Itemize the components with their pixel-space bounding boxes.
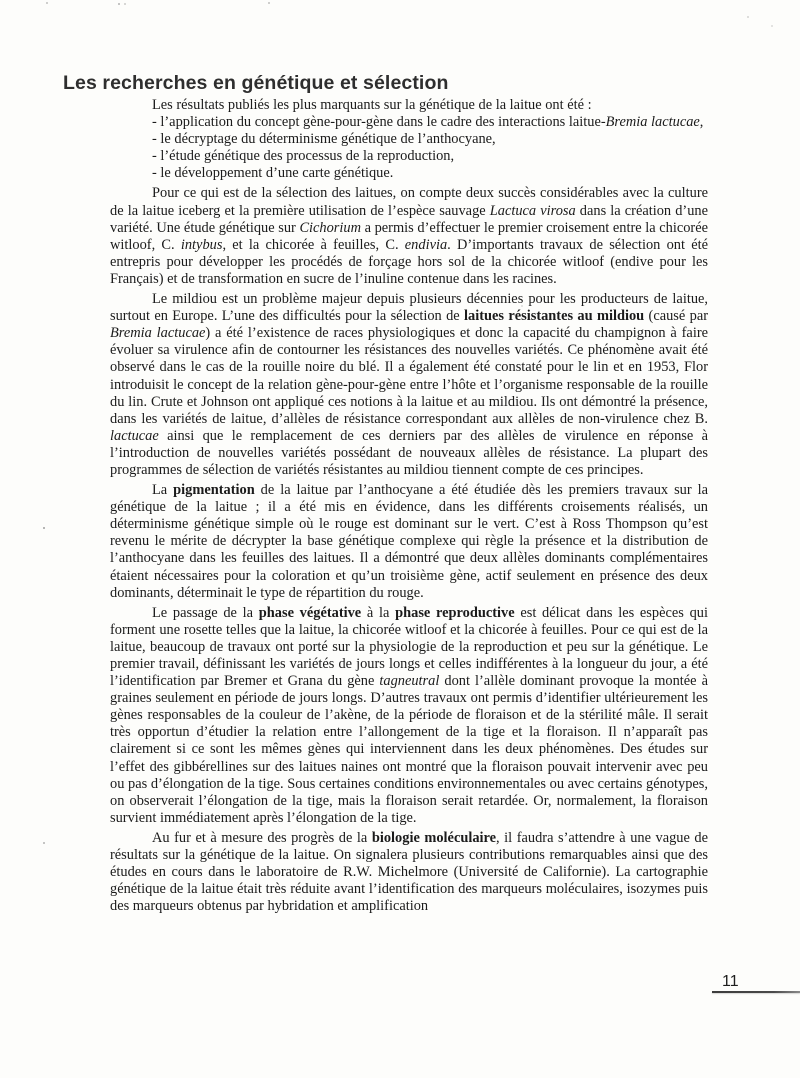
bold-text: laitues résistantes au mildiou bbox=[464, 308, 644, 324]
list-item: - l’étude génétique des processus de la … bbox=[110, 148, 708, 165]
text-run: ainsi que le remplacement de ces dernier… bbox=[110, 428, 708, 478]
paragraph: Pour ce qui est de la sélection des lait… bbox=[110, 185, 708, 288]
italic-text: Lactuca virosa bbox=[490, 203, 576, 219]
italic-text: tagneutral bbox=[379, 673, 439, 689]
list-item: - le développement d’une carte génétique… bbox=[110, 165, 708, 182]
italic-text: endivia bbox=[405, 237, 447, 253]
paragraph: La pigmentation de la laitue par l’antho… bbox=[110, 482, 708, 602]
list-item: - l’application du concept gène-pour-gèn… bbox=[100, 114, 708, 131]
list-item: - le décryptage du déterminisme génétiqu… bbox=[110, 131, 708, 148]
bold-text: biologie moléculaire bbox=[372, 830, 496, 846]
book-page: Les recherches en génétique et sélection… bbox=[0, 0, 800, 1078]
text-run: Au fur et à mesure des progrès de la bbox=[152, 830, 372, 846]
text-run: (causé par bbox=[644, 308, 708, 324]
italic-text: Bremia lactucae bbox=[606, 114, 700, 130]
italic-text: intybus bbox=[181, 237, 223, 253]
bold-text: phase reproductive bbox=[395, 605, 515, 621]
bold-text: pigmentation bbox=[173, 482, 255, 498]
footer-rule bbox=[712, 991, 800, 993]
section-heading: Les recherches en génétique et sélection bbox=[63, 72, 448, 95]
text-run: La bbox=[152, 482, 173, 498]
page-number: 11 bbox=[722, 973, 739, 991]
body-text: Les résultats publiés les plus marquants… bbox=[110, 97, 708, 915]
text-run: - le développement d’une carte génétique… bbox=[152, 165, 393, 181]
paragraph: Les résultats publiés les plus marquants… bbox=[110, 97, 708, 114]
text-run: Le passage de la bbox=[152, 605, 259, 621]
paragraph: Au fur et à mesure des progrès de la bio… bbox=[110, 830, 708, 915]
text-run: à la bbox=[361, 605, 395, 621]
scan-specks bbox=[0, 0, 2, 2]
text-run: - l’application du concept gène-pour-gèn… bbox=[152, 114, 606, 130]
text-run: - l’étude génétique des processus de la … bbox=[152, 148, 454, 164]
text-run: de la laitue par l’anthocyane a été étud… bbox=[110, 482, 708, 601]
text-run: , et la chicorée à feuilles, C. bbox=[222, 237, 404, 253]
italic-text: Cichorium bbox=[299, 220, 361, 236]
italic-text: lactucae bbox=[110, 428, 159, 444]
paragraph: Le passage de la phase végétative à la p… bbox=[110, 605, 708, 827]
bold-text: phase végétative bbox=[259, 605, 361, 621]
text-run: , bbox=[700, 114, 704, 130]
text-run: dont l’allèle dominant provoque la monté… bbox=[110, 673, 708, 826]
paragraph: Le mildiou est un problème majeur depuis… bbox=[110, 291, 708, 479]
text-run: Les résultats publiés les plus marquants… bbox=[152, 97, 592, 113]
text-run: - le décryptage du déterminisme génétiqu… bbox=[152, 131, 496, 147]
italic-text: Bremia lactucae bbox=[110, 325, 205, 341]
